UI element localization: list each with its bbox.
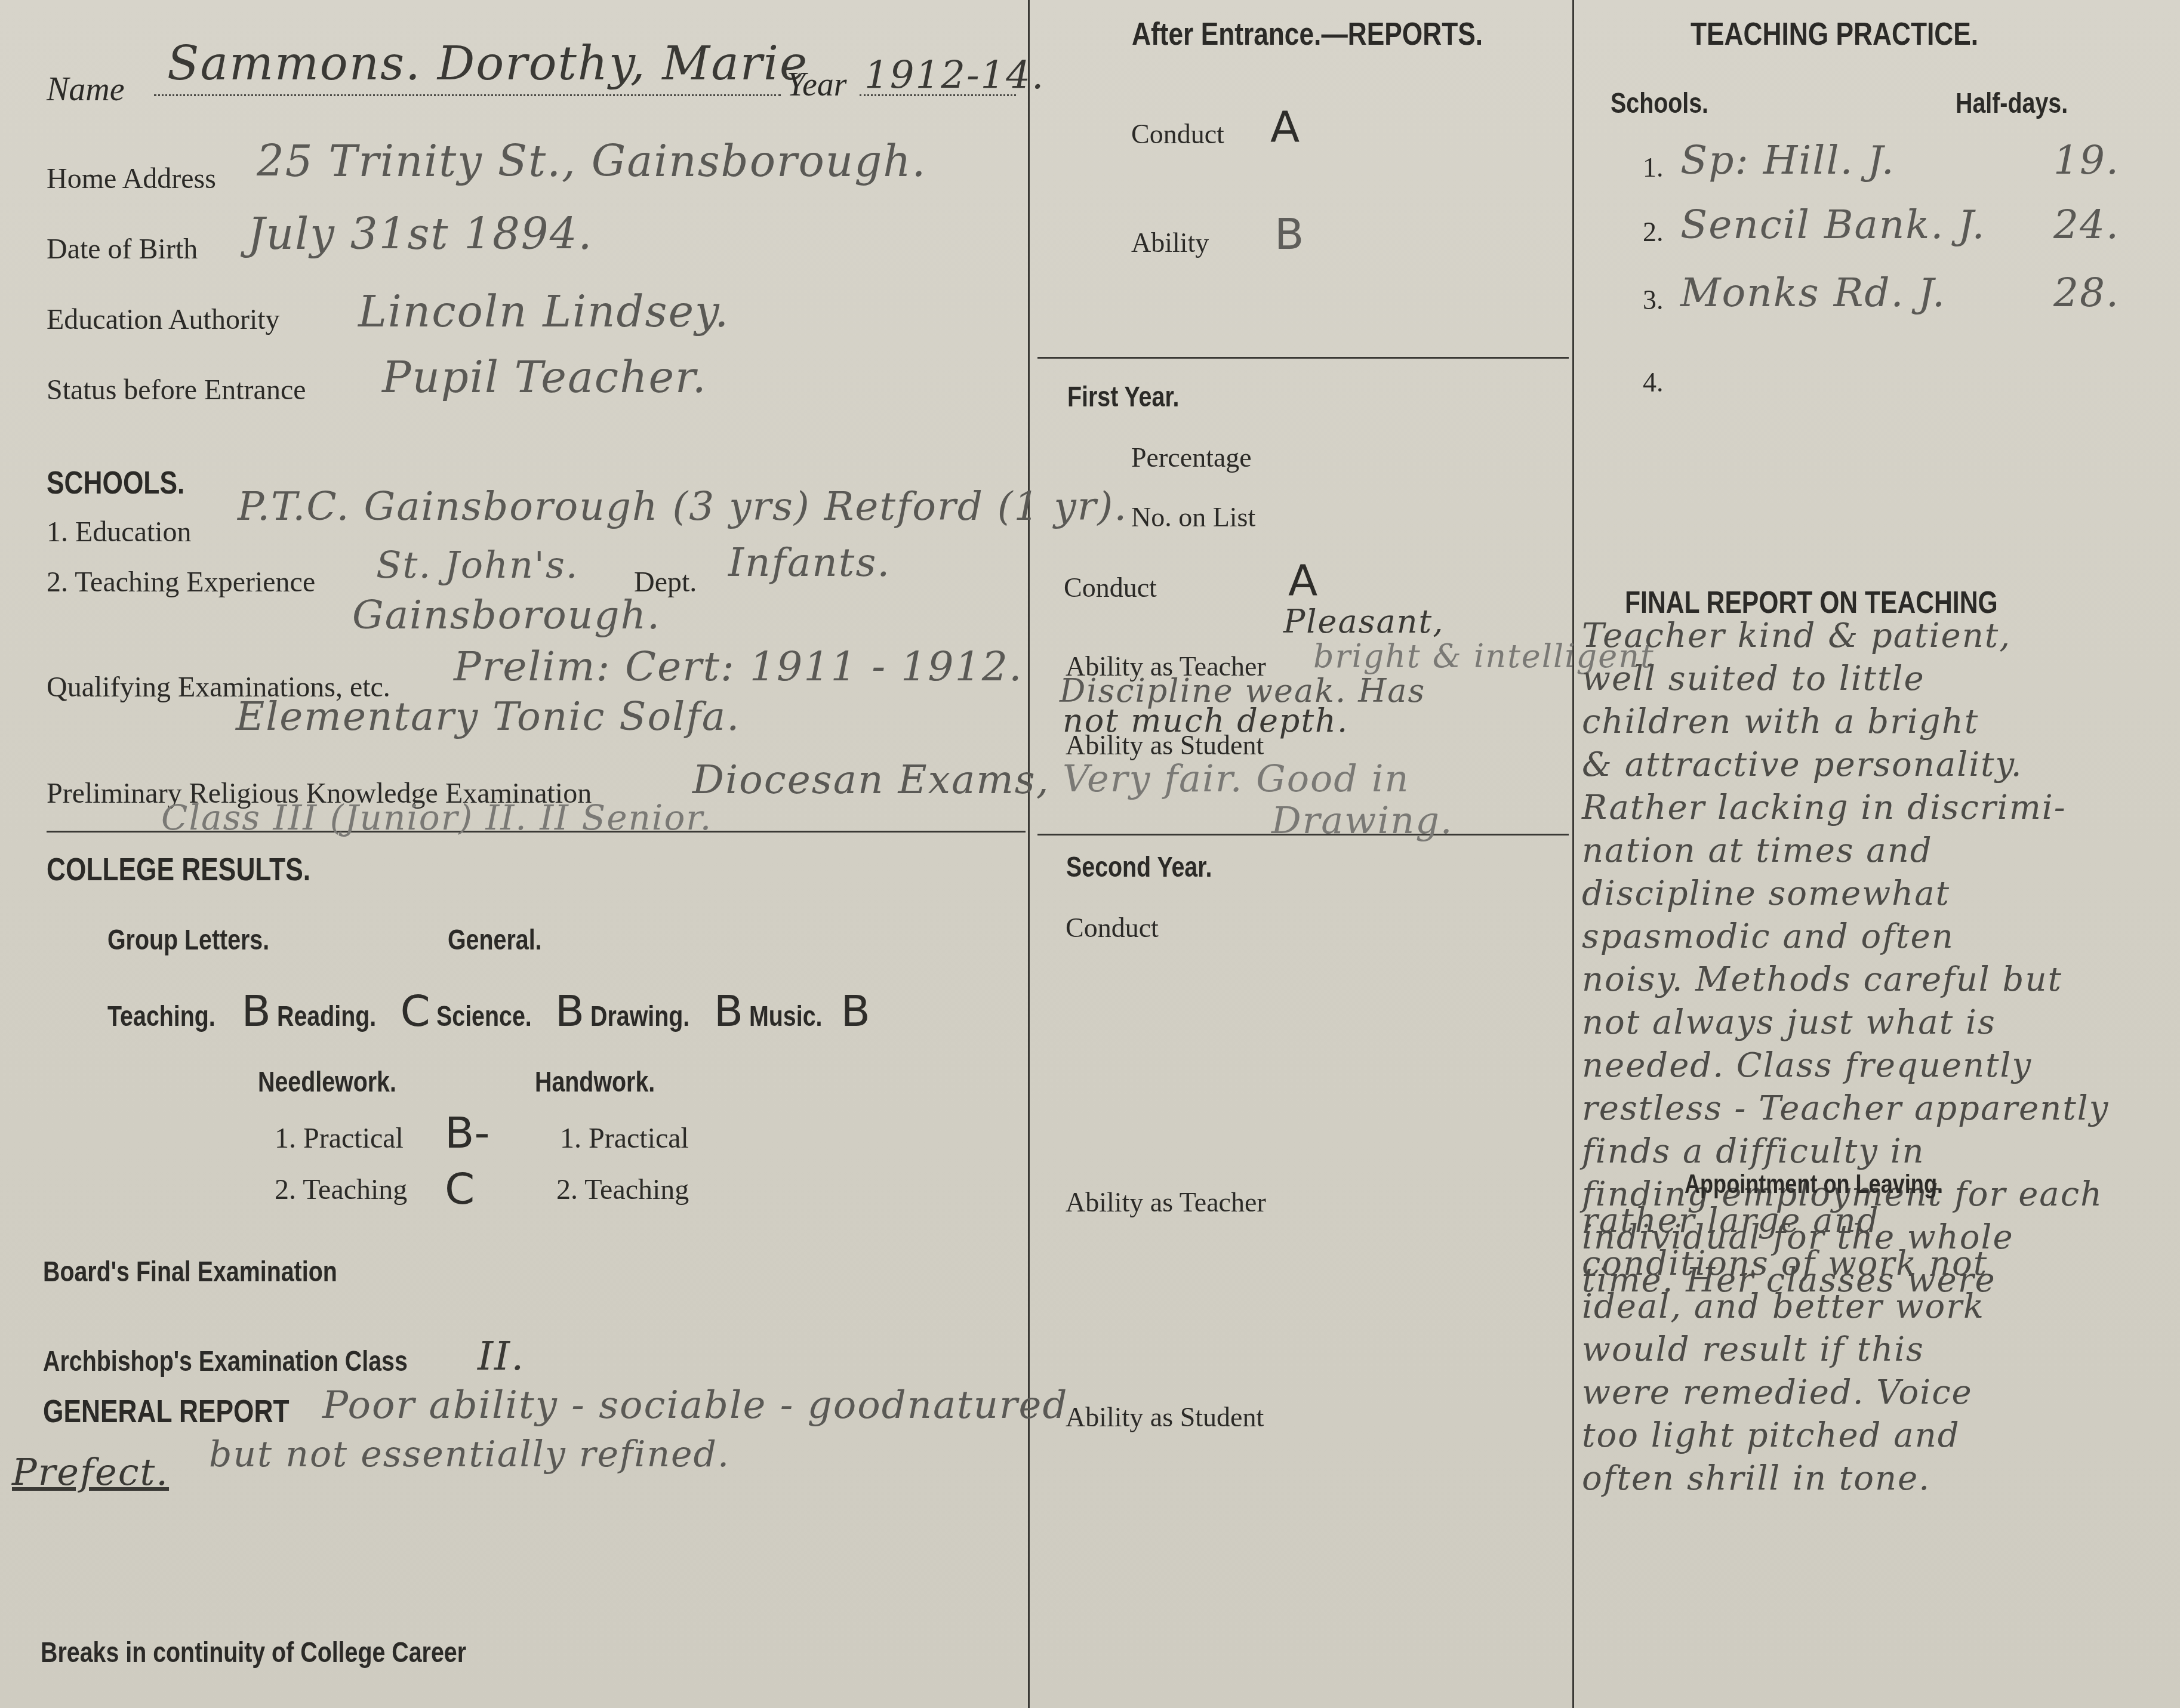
report-line: not always just what is (1582, 1001, 2109, 1044)
religious-exam-value-2: Class III (Junior) II. II Senior. (161, 797, 712, 838)
reports-heading: After Entrance.—REPORTS. (1132, 16, 1483, 53)
education-authority-value: Lincoln Lindsey. (358, 286, 729, 337)
report-line: spasmodic and often (1582, 915, 2109, 958)
report-line: Teacher kind & patient, (1582, 615, 2109, 658)
fy-conduct-label: Conduct (1064, 572, 1157, 603)
general-label: General. (448, 924, 542, 957)
teaching-practice-heading: TEACHING PRACTICE. (1691, 16, 1978, 53)
result-label: Science. (436, 1000, 532, 1033)
result-grade: B (841, 986, 870, 1036)
results-row: Teaching.BReading.CScience.BDrawing.BMus… (107, 986, 858, 1036)
result-label: Drawing. (590, 1000, 689, 1033)
prefect-note: Prefect. (12, 1450, 169, 1494)
report-line: children with a bright (1582, 701, 2109, 744)
result-label: Reading. (277, 1000, 376, 1033)
handwork-teaching-label: 2. Teaching (556, 1173, 689, 1206)
year-label: Year (787, 66, 847, 104)
ability-label: Ability (1131, 227, 1209, 258)
report-line: rather large and (1582, 1200, 1988, 1243)
name-value: Sammons. Dorothy, Marie (167, 37, 808, 91)
report-line: & attractive personality. (1582, 744, 2109, 787)
home-address-value: 25 Trinity St., Gainsborough. (257, 136, 927, 186)
year-value: 1912-14. (864, 54, 1045, 98)
college-results-heading: COLLEGE RESULTS. (47, 851, 310, 888)
report-line: ideal, and better work (1582, 1285, 1988, 1328)
halfdays-column-label: Half-days. (1956, 87, 2068, 120)
sy-teacher-label: Ability as Teacher (1066, 1186, 1266, 1218)
needlework-practical-grade: B- (445, 1108, 489, 1158)
handwork-practical-label: 1. Practical (560, 1122, 689, 1155)
religious-exam-value: Diocesan Exams, (692, 757, 1050, 803)
conduct-label: Conduct (1131, 118, 1224, 150)
practice-school: Sp: Hill. J. (1680, 137, 1895, 183)
general-report-value-2: but not essentially refined. (209, 1433, 730, 1475)
needlework-label: Needlework. (258, 1066, 396, 1099)
second-year-heading: Second Year. (1066, 851, 1212, 884)
result-grade: B (714, 986, 743, 1036)
general-report-label: GENERAL REPORT (43, 1393, 290, 1430)
result-item: Music.B (749, 986, 870, 1036)
report-line: conditions of work not (1582, 1243, 1988, 1285)
report-line: nation at times and (1582, 830, 2109, 873)
result-item: Drawing.B (590, 986, 761, 1036)
report-line: well suited to little (1582, 658, 2109, 701)
sy-conduct-label: Conduct (1066, 912, 1159, 944)
report-line: needed. Class frequently (1582, 1044, 2109, 1087)
final-report-continued: rather large andconditions of work notid… (1582, 1200, 1988, 1500)
schools-column-label: Schools. (1611, 87, 1708, 120)
teaching-experience-value: St. John's. (376, 543, 578, 587)
qualifying-value-2: Elementary Tonic Solfa. (236, 693, 740, 739)
needlework-teaching-label: 2. Teaching (275, 1173, 407, 1206)
fy-student-value-2: Drawing. (1271, 798, 1454, 842)
practice-halfdays: 28. (2053, 270, 2120, 316)
education-authority-label: Education Authority (47, 303, 280, 336)
result-label: Teaching. (107, 1000, 215, 1033)
result-grade: B (241, 986, 270, 1036)
teaching-experience-label: 2. Teaching Experience (47, 566, 315, 599)
practice-school: Sencil Bank. J. (1680, 202, 1986, 248)
handwork-label: Handwork. (535, 1066, 655, 1099)
teaching-experience-value-2: Gainsborough. (352, 592, 661, 638)
result-grade: B (555, 986, 584, 1036)
no-on-list-label: No. on List (1131, 501, 1255, 533)
practice-number: 3. (1643, 284, 1664, 316)
result-item: Reading.C (277, 986, 448, 1036)
practice-number: 2. (1643, 216, 1664, 248)
boards-final-label: Board's Final Examination (43, 1256, 337, 1288)
report-line: were remedied. Voice (1582, 1371, 1988, 1414)
practice-number: 4. (1643, 366, 1664, 398)
first-year-heading: First Year. (1067, 381, 1179, 414)
general-report-value: Poor ability - sociable - goodnatured (322, 1383, 1068, 1428)
ability-value: B (1274, 209, 1304, 259)
archbishop-value: II. (478, 1333, 525, 1379)
needlework-practical-label: 1. Practical (275, 1122, 404, 1155)
report-line: noisy. Methods careful but (1582, 958, 2109, 1001)
report-line: would result if this (1582, 1328, 1988, 1371)
report-line: too light pitched and (1582, 1414, 1988, 1457)
student-record-card: Name Sammons. Dorothy, Marie Year 1912-1… (0, 0, 2180, 1708)
rule-reports (1037, 357, 1569, 359)
column-divider-left (1028, 0, 1030, 1708)
archbishop-label: Archbishop's Examination Class (43, 1345, 408, 1378)
name-dotted-line (154, 94, 781, 96)
percentage-label: Percentage (1131, 442, 1252, 473)
report-line: finds a difficulty in (1582, 1130, 2109, 1173)
practice-school: Monks Rd. J. (1680, 270, 1946, 316)
result-item: Teaching.B (107, 986, 289, 1036)
column-divider-right (1572, 0, 1574, 1708)
practice-halfdays: 19. (2053, 137, 2120, 183)
practice-halfdays: 24. (2053, 202, 2120, 248)
dob-label: Date of Birth (47, 233, 198, 266)
dept-value: Infants. (728, 539, 891, 585)
report-line: Rather lacking in discrimi- (1582, 787, 2109, 830)
result-grade: C (401, 986, 430, 1036)
home-address-label: Home Address (47, 162, 216, 195)
qualifying-value: Prelim: Cert: 1911 - 1912. (454, 643, 1023, 690)
fy-teacher-value-0: Pleasant, (1283, 603, 1444, 640)
report-line: discipline somewhat (1582, 873, 2109, 915)
dept-label: Dept. (634, 566, 697, 599)
sy-student-label: Ability as Student (1066, 1401, 1264, 1433)
appointment-label: Appointment on Leaving. (1685, 1170, 1943, 1200)
education-value: P.T.C. Gainsborough (3 yrs) Retford (1 y… (238, 483, 1128, 529)
report-line: often shrill in tone. (1582, 1457, 1988, 1500)
practice-number: 1. (1643, 152, 1664, 183)
result-item: Science.B (436, 986, 602, 1036)
needlework-teaching-grade: C (445, 1164, 475, 1214)
report-line: restless - Teacher apparently (1582, 1087, 2109, 1130)
status-value: Pupil Teacher. (382, 352, 707, 402)
name-label: Name (47, 70, 125, 109)
fy-conduct-value: A (1288, 555, 1317, 605)
education-label: 1. Education (47, 516, 192, 548)
group-letters-label: Group Letters. (107, 924, 269, 957)
dob-value: July 31st 1894. (248, 209, 593, 259)
result-label: Music. (749, 1000, 822, 1033)
breaks-label: Breaks in continuity of College Career (41, 1636, 466, 1669)
conduct-value: A (1270, 101, 1300, 152)
status-label: Status before Entrance (47, 374, 306, 406)
fy-student-value: Very fair. Good in (1063, 757, 1409, 800)
schools-heading: SCHOOLS. (47, 464, 184, 501)
